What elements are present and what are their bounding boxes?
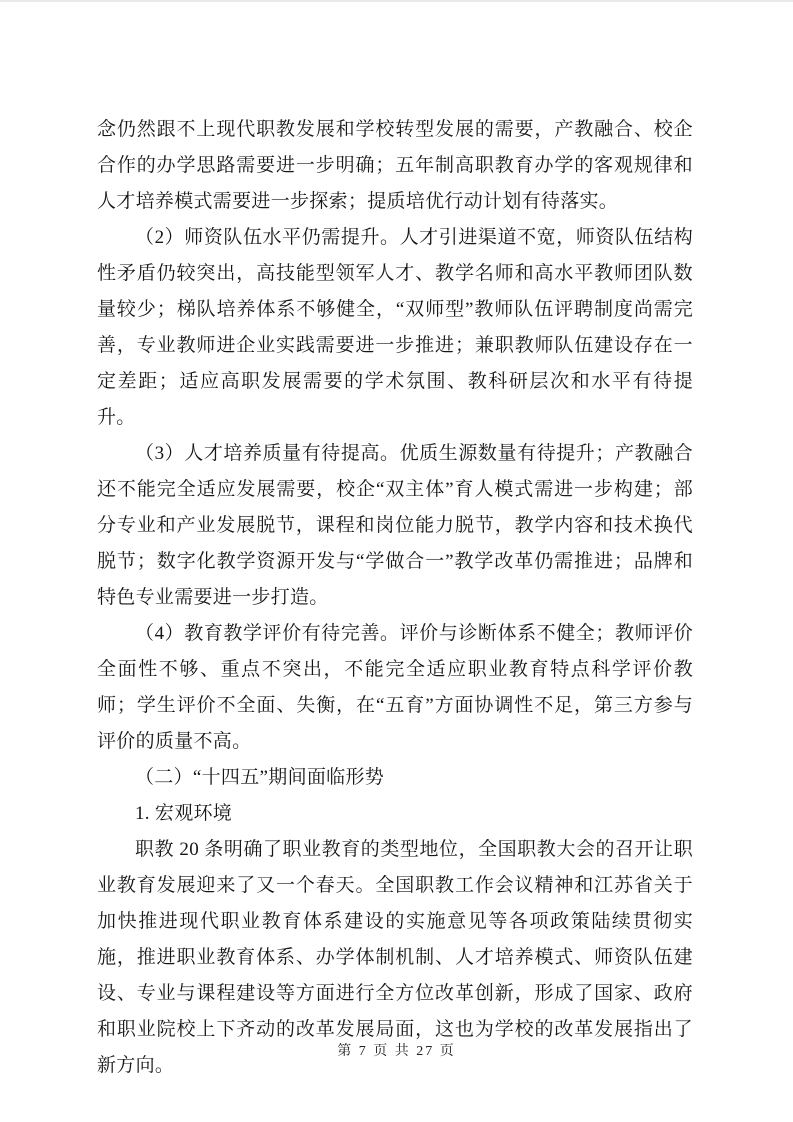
page-body: 念仍然跟不上现代职教发展和学校转型发展的需要，产教融合、校企合作的办学思路需要进… xyxy=(97,112,693,1084)
paragraph-item-3: （3）人才培养质量有待提高。优质生源数量有待提升；产教融合还不能完全适应发展需要… xyxy=(97,436,693,616)
page-footer: 第 7 页 共 27 页 xyxy=(0,1040,793,1060)
paragraph-item-4: （4）教育教学评价有待完善。评价与诊断体系不健全；教师评价全面性不够、重点不突出… xyxy=(97,616,693,760)
section-heading-2: （二）“十四五”期间面临形势 xyxy=(97,760,693,796)
paragraph-continuation: 念仍然跟不上现代职教发展和学校转型发展的需要，产教融合、校企合作的办学思路需要进… xyxy=(97,112,693,220)
page-number-label: 第 7 页 共 27 页 xyxy=(337,1044,456,1059)
document-page: 念仍然跟不上现代职教发展和学校转型发展的需要，产教融合、校企合作的办学思路需要进… xyxy=(0,0,793,1122)
subsection-heading-macro-environment: 1. 宏观环境 xyxy=(97,796,693,832)
paragraph-item-2: （2）师资队伍水平仍需提升。人才引进渠道不宽，师资队伍结构性矛盾仍较突出，高技能… xyxy=(97,220,693,436)
